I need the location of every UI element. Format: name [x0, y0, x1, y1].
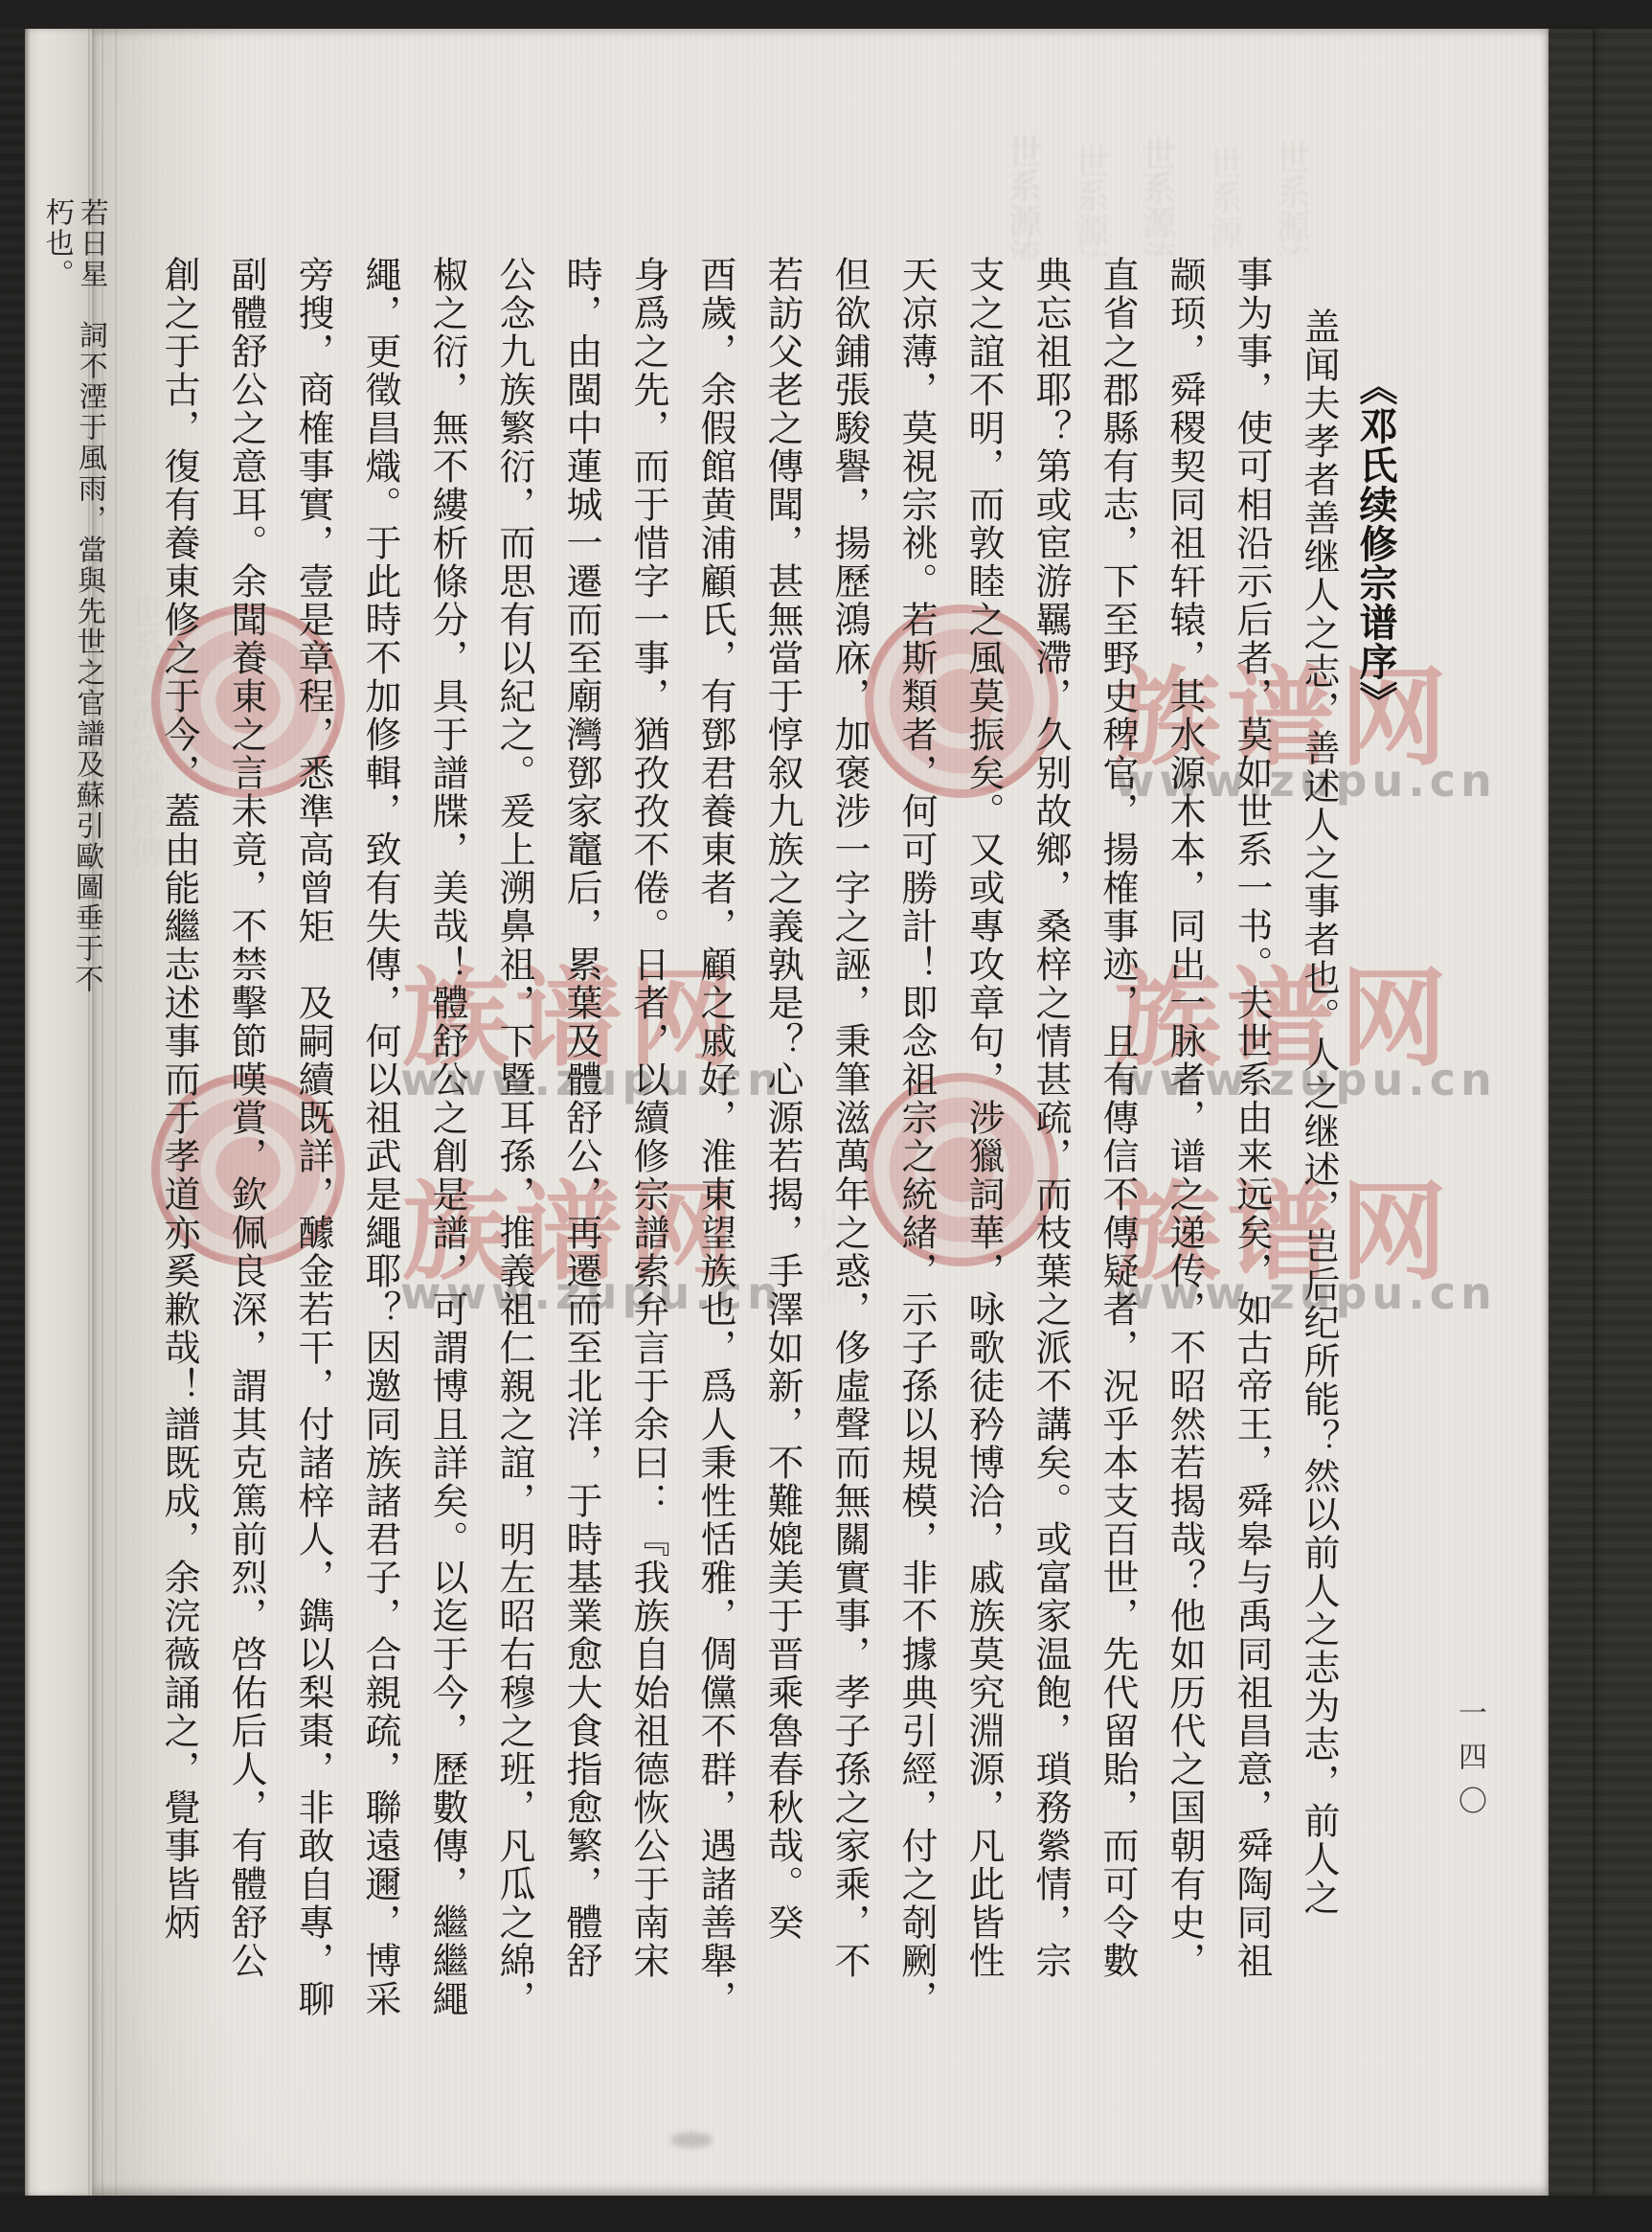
adjacent-page-text-column: 若日星 詞不湮于風雨，當與先世之官譜及蘇引歐圖垂于不朽也。 [34, 197, 108, 1012]
body-text-column-13: 公念九族繁衍，而思有以紀之。爰上溯鼻祖，下暨耳孫，推義祖仁親之誼，明左昭右穆之班… [491, 256, 535, 2076]
body-text-column-10: 酉歲，余假館黄浦顧氏，有鄧君養東者，顧之戚好，淮東望族也，爲人秉性恬雅，倜儻不群… [692, 256, 736, 2076]
section-title: 《邓氏续修宗谱序》 [1352, 367, 1398, 721]
body-text-column-8: 但欲鋪張駿譽，揚歷鴻庥，加褒涉一字之誣，秉筆滋萬年之惑，侈虛聲而無關實事，孝子孫… [826, 256, 871, 2076]
body-text-column-14: 椒之衍，無不縷析條分，具于譜牒，美哉！體舒公之創是譜，可謂博且詳矣。以迄于今，歷… [424, 256, 468, 2076]
pencil-smudge [670, 2132, 713, 2148]
top-shadow [0, 0, 1652, 29]
pencil-smudge [436, 1910, 449, 1918]
bleedthrough-text: 世系源流宗譜序傳 [1069, 144, 1111, 257]
body-text-column-17: 副體舒公之意耳。余聞養東之言未竟，不禁擊節嘆賞，欽佩良深，謂其克篤前烈，啓佑后人… [223, 256, 267, 2076]
body-text-column-15: 繩，更徵昌熾。于此時不加修輯，致有失傳，何以祖武是繩耶？因邀同族諸君子，合親疏，… [357, 256, 401, 2076]
body-text-column-5: 典忘祖耶？第或宦游羈滯，久别故鄉，桑梓之情甚疏，而枝葉之派不講矣。或富家温飽，瑣… [1028, 256, 1072, 2076]
body-text-column-6: 支之誼不明，而敦睦之風莫振矣。又或專攻章句，涉獵詞華，咏歌徒矜博洽，戚族莫究淵源… [961, 256, 1005, 2076]
body-text-column-7: 天凉薄，莫視宗祧。若斯類者，何可勝計！即念祖宗之統緒，示子孫以規模，非不據典引經… [894, 256, 938, 2076]
bottom-shadow [0, 2196, 1652, 2232]
body-text-column-4: 直省之郡縣有志，下至野史稗官，揚榷事迹，且有傳信不傳疑者，況乎本支百世，先代留貽… [1095, 256, 1139, 2076]
bleedthrough-text: 世系源流宗譜序傳 [1136, 136, 1178, 257]
body-text-column-1: 盖闻夫孝者善继人之志，善述人之事者也。人之继述，岂后纪所能？然以前人之志为志，前… [1296, 256, 1340, 2128]
body-text-column-11: 身爲之先，而于惜字一事，猶孜孜不倦。日者，以續修宗譜索弁言于余曰：『我族自始祖德… [625, 256, 669, 2076]
body-text-column-2: 事为事，使可相沿示后者，莫如世系一书。夫世系由来远矣，如古帝王，舜皋与禹同祖昌意… [1229, 256, 1273, 2076]
bleedthrough-text: 世系源流宗譜序傳 [1203, 146, 1245, 253]
fore-edge-pages [1549, 29, 1593, 2196]
bleedthrough-text: 世系源流宗譜序傳 [1270, 140, 1312, 255]
book-scan: 世系源流宗譜序傳 世系源流宗譜序傳 世系源流宗譜序傳 世系源流宗譜序傳 世系源流… [0, 0, 1652, 2232]
bleedthrough-text: 世系源流宗譜序傳 [1002, 134, 1044, 259]
body-text-column-12: 時，由閩中蓮城一遷而至廟灣鄧家竈后，累葉及體舒公，再遷而至北洋，于時基業愈大食指… [558, 256, 602, 2076]
page-edge-line [115, 29, 117, 2196]
body-text-column-9: 若訪父老之傳聞，甚無當于惇叙九族之義孰是？心源若揭，手澤如新，不難媲美于晋乘魯春… [759, 256, 803, 2076]
body-text-column-3: 颛顼，舜稷契同祖轩辕，其水源木本，同出一脉者，谱之递传，不昭然若揭哉？他如历代之… [1162, 256, 1206, 2076]
body-text-column-18: 創之于古，復有養東修之于今，蓋由能繼志述事而于孝道亦奚歉哉！譜既成，余浣薇誦之，… [156, 256, 200, 2076]
page-number: 一四〇 [1448, 1697, 1490, 1860]
body-text-column-16: 旁搜，商榷事實，壹是章程，悉準高曾矩 及嗣續既詳，醵金若干，付諸梓人，鐫以梨棗，… [290, 256, 334, 2076]
